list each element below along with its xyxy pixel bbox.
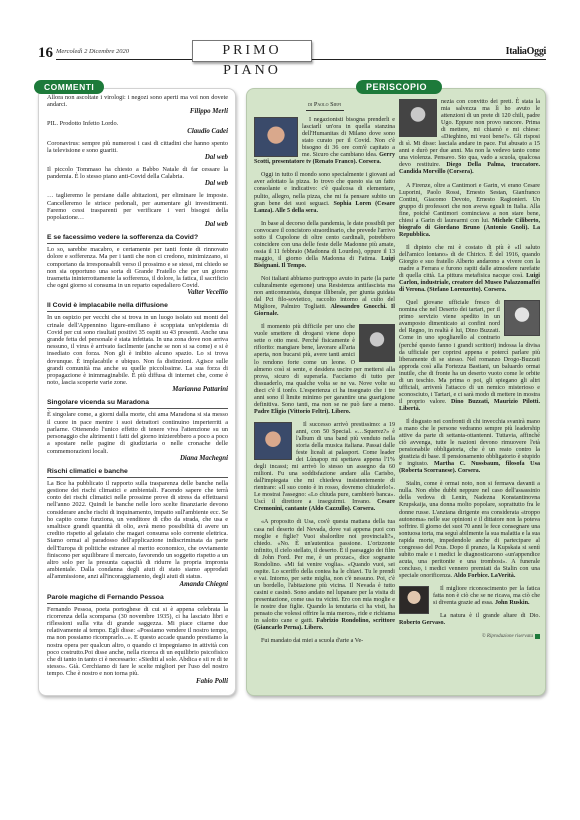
- letter-author: Valter Vecellio: [47, 289, 228, 297]
- comment-text: … taglieremo le persiane dalle abitazion…: [47, 192, 228, 221]
- section-title: PRIMO PIANO: [192, 40, 312, 62]
- letter-title: Il Covid è implacabile nella diffusione: [47, 301, 228, 312]
- comment-author: Dal web: [47, 154, 228, 162]
- quote-item: Il disgusto nei confronti di chi invecch…: [399, 419, 540, 475]
- quote-item: I negazionisti bisogna prenderli e lasci…: [254, 117, 395, 166]
- letter-item: Rischi climatici e bancheLa Bce ha pubbl…: [47, 467, 228, 589]
- masthead: 16 Mercoledì 2 Dicembre 2020 PRIMO PIANO…: [38, 46, 546, 66]
- quote-item: Il successo arrivò prestissimo: a 19 ann…: [254, 422, 395, 514]
- comment-item: Coronavirus: sempre più numerosi i casi …: [47, 140, 228, 162]
- quote-item: «A proposito di Usa, cos'è questa mattan…: [254, 519, 395, 632]
- periscopio-column: di Paolo Siepi I negazionisti bisogna pr…: [246, 88, 546, 696]
- quote-source: Aldo Forbice. LaVerità.: [454, 573, 516, 579]
- quote-item: Fui mandato dai miei a scuola d'arte a V…: [254, 638, 395, 645]
- comment-item: Il piccolo Tommaso ha chiesto a Babbo Na…: [47, 166, 228, 188]
- quote-item: Noi italiani abbiamo purtroppo avuto in …: [254, 276, 395, 318]
- quote-source: John Ruskin.: [495, 600, 530, 606]
- comment-item: Allora non ascoltate i virologi: i negoz…: [47, 94, 228, 116]
- photo-cesare-cremonini: [254, 422, 292, 460]
- quote-text: Il dipinto che mi è costato di più è «Il…: [399, 245, 540, 279]
- letter-text: Lo so, sarebbe macabro, e certamente per…: [47, 246, 228, 289]
- periscopio-right-column: nezia con convitto dei preti. È stata la…: [399, 99, 540, 640]
- byline: di Paolo Siepi: [254, 101, 395, 111]
- photo-john-ruskin: [399, 586, 429, 614]
- letter-author: Marianna Pattarini: [47, 386, 228, 394]
- quote-item: nezia con convitto dei preti. È stata la…: [399, 99, 540, 177]
- quote-text: In base al decorso della pandemia, le da…: [254, 221, 395, 262]
- comment-author: Dal web: [47, 180, 228, 188]
- page-date: Mercoledì 2 Dicembre 2020: [54, 48, 133, 55]
- letter-text: La Bce ha pubblicato il rapporto sulla t…: [47, 480, 228, 581]
- comment-text: PIL. Prodotto Infetto Lordo.: [47, 120, 228, 127]
- photo-diego-della-palma: [399, 99, 437, 137]
- quote-item: Il dipinto che mi è costato di più è «Il…: [399, 245, 540, 294]
- letter-title: Singolare vicenda su Maradona: [47, 398, 228, 409]
- photo-padre-eligio: [359, 324, 395, 362]
- comment-text: Il piccolo Tommaso ha chiesto a Babbo Na…: [47, 166, 228, 180]
- letter-title: Parole magiche di Fernando Pessoa: [47, 593, 228, 604]
- copyright-notice: © Riproduzione riservata: [399, 633, 540, 640]
- letter-text: È singolare come, a giorni dalla morte, …: [47, 411, 228, 454]
- letter-title: Rischi climatici e banche: [47, 467, 228, 478]
- comment-author: Filippo Merli: [47, 108, 228, 116]
- quote-item: Quel giovane ufficiale fresco di nomina …: [399, 300, 540, 413]
- periscopio-left-column: di Paolo Siepi I negazionisti bisogna pr…: [254, 99, 395, 645]
- periscopio-label: PERISCOPIO: [356, 80, 442, 94]
- quote-source: Roberto Gervaso.: [399, 620, 445, 626]
- comment-author: Dal web: [47, 221, 228, 229]
- letter-title: E se facessimo vedere la sofferenza da C…: [47, 233, 228, 244]
- letter-text: Fernando Pessoa, poeta portoghese di cui…: [47, 606, 228, 678]
- comment-author: Claudio Cadei: [47, 128, 228, 136]
- letter-item: Singolare vicenda su MaradonaÈ singolare…: [47, 398, 228, 462]
- quote-item: La natura è il grande altare di Dio. Rob…: [399, 613, 540, 627]
- quote-item: A Firenze, oltre a Cantimori e Garin, vi…: [399, 183, 540, 239]
- quote-item: Il momento più difficile per uno che vuo…: [254, 324, 395, 416]
- quote-source: Padre Eligio (Vittorio Feltri). Libero.: [254, 409, 350, 415]
- comment-item: PIL. Prodotto Infetto Lordo.Claudio Cade…: [47, 120, 228, 135]
- letter-item: Parole magiche di Fernando PessoaFernand…: [47, 593, 228, 686]
- quote-item: Il migliore riconoscimento per la fatica…: [399, 586, 540, 607]
- quote-text: La natura è il grande altare di Dio.: [440, 613, 540, 619]
- quote-item: Stalin, come è ormai noto, non si fermav…: [399, 481, 540, 580]
- quote-text: «A proposito di Usa, cos'è questa mattan…: [254, 519, 395, 624]
- letter-item: E se facessimo vedere la sofferenza da C…: [47, 233, 228, 297]
- comment-item: … taglieremo le persiane dalle abitazion…: [47, 192, 228, 229]
- comment-text: Allora non ascoltate i virologi: i negoz…: [47, 94, 228, 108]
- quote-text: Stalin, come è ormai noto, non si fermav…: [399, 481, 540, 579]
- quote-item: In base al decorso della pandemia, le da…: [254, 221, 395, 270]
- photo-gerry-scotti: [254, 117, 298, 157]
- quote-text: Fui mandato dai miei a scuola d'arte a V…: [261, 638, 363, 644]
- quote-item: Oggi in tutto il mondo sono specialmente…: [254, 172, 395, 214]
- letter-author: Fabio Polli: [47, 678, 228, 686]
- quote-text: Il disgusto nei confronti di chi invecch…: [399, 419, 540, 467]
- letter-item: Il Covid è implacabile nella diffusioneI…: [47, 301, 228, 394]
- end-square-icon: [535, 634, 540, 639]
- comment-text: Coronavirus: sempre più numerosi i casi …: [47, 140, 228, 154]
- letter-author: Diana Machegni: [47, 455, 228, 463]
- commenti-label: COMMENTI: [34, 80, 104, 94]
- photo-dino-buzzati: [504, 300, 540, 336]
- brand-logo: ItaliaOggi: [502, 46, 546, 57]
- letter-text: In un ospizio per vecchi che si trova in…: [47, 314, 228, 386]
- commenti-column: Allora non ascoltate i virologi: i negoz…: [38, 88, 236, 696]
- letter-author: Amanda Chiegni: [47, 581, 228, 589]
